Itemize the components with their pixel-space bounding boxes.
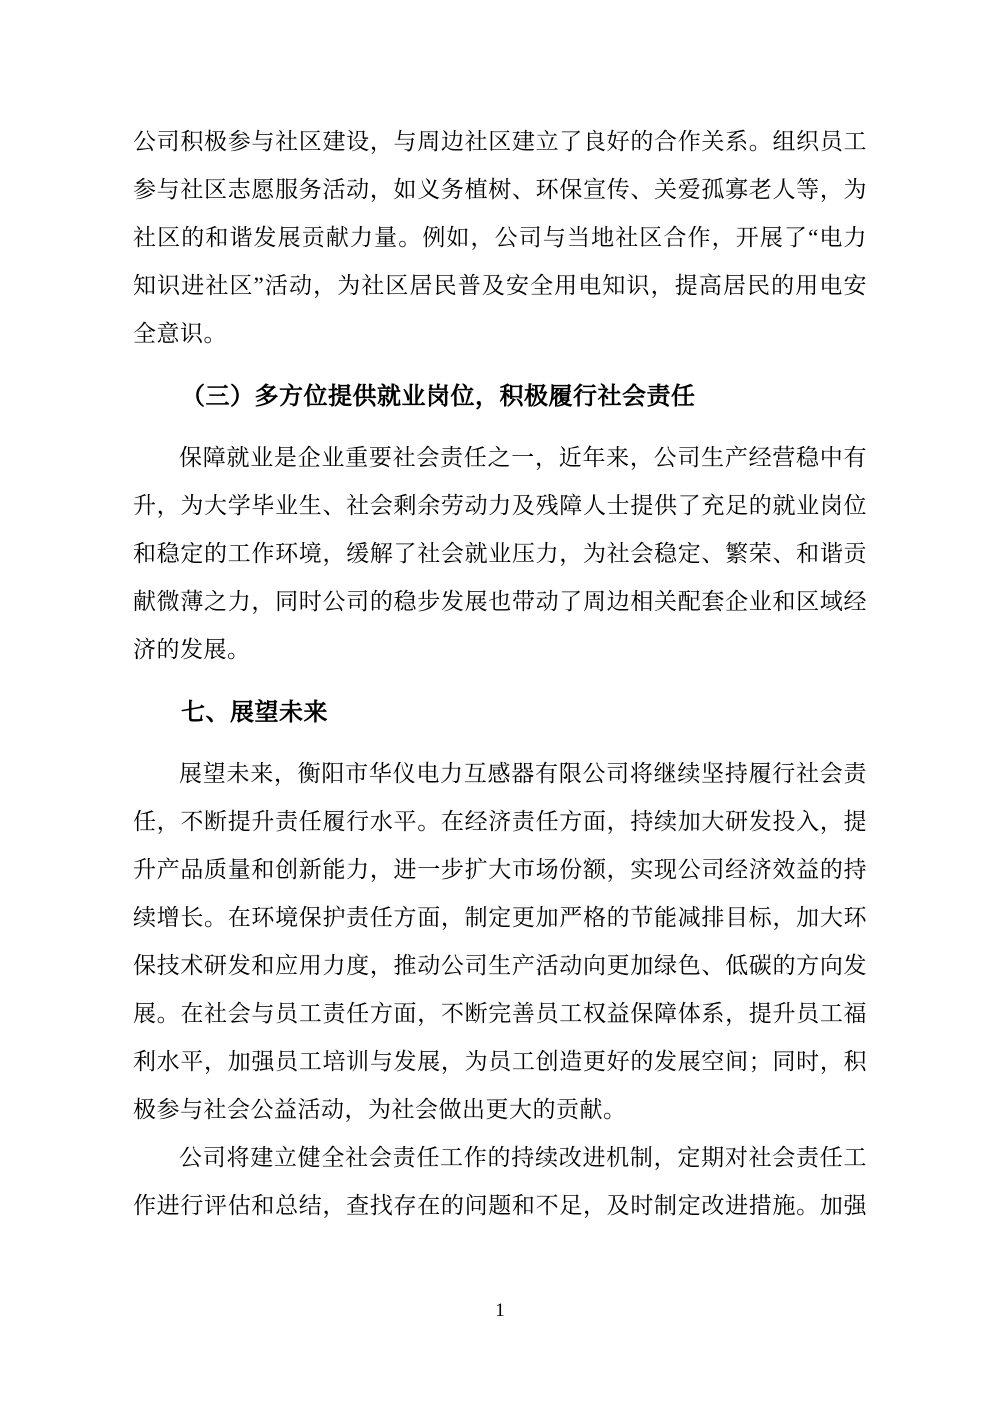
document-body: 公司积极参与社区建设，与周边社区建立了良好的合作关系。组织员工参与社区志愿服务活…: [133, 118, 867, 1230]
text-line: 任，不断提升责任履行水平。在经济责任方面，持续加大研发投入，提: [133, 798, 867, 846]
text-line: 利水平，加强员工培训与发展，为员工创造更好的发展空间；同时，积: [133, 1038, 867, 1086]
text-line: 展。在社会与员工责任方面，不断完善员工权益保障体系，提升员工福: [133, 990, 867, 1038]
text-line: 极参与社会公益活动，为社会做出更大的贡献。: [133, 1086, 867, 1134]
text-line: 济的发展。: [133, 626, 867, 674]
section-heading: （三）多方位提供就业岗位，积极履行社会责任: [133, 373, 867, 421]
text-line: 参与社区志愿服务活动，如义务植树、环保宣传、关爱孤寡老人等，为: [133, 166, 867, 214]
text-line: 公司将建立健全社会责任工作的持续改进机制，定期对社会责任工: [133, 1134, 867, 1182]
text-line: 献微薄之力，同时公司的稳步发展也带动了周边相关配套企业和区域经: [133, 578, 867, 626]
text-line: 社区的和谐发展贡献力量。例如，公司与当地社区合作，开展了“电力: [133, 214, 867, 262]
text-line: 公司积极参与社区建设，与周边社区建立了良好的合作关系。组织员工: [133, 118, 867, 166]
text-line: 续增长。在环境保护责任方面，制定更加严格的节能减排目标，加大环: [133, 894, 867, 942]
text-line: 和稳定的工作环境，缓解了社会就业压力，为社会稳定、繁荣、和谐贡: [133, 530, 867, 578]
text-line: 升，为大学毕业生、社会剩余劳动力及残障人士提供了充足的就业岗位: [133, 482, 867, 530]
document-page: 公司积极参与社区建设，与周边社区建立了良好的合作关系。组织员工参与社区志愿服务活…: [0, 0, 1000, 1415]
page-number: 1: [0, 1300, 1000, 1322]
text-line: 保技术研发和应用力度，推动公司生产活动向更加绿色、低碳的方向发: [133, 942, 867, 990]
text-line: 升产品质量和创新能力，进一步扩大市场份额，实现公司经济效益的持: [133, 846, 867, 894]
text-line: 全意识。: [133, 310, 867, 358]
text-line: 展望未来，衡阳市华仪电力互感器有限公司将继续坚持履行社会责: [133, 750, 867, 798]
text-line: 作进行评估和总结，查找存在的问题和不足，及时制定改进措施。加强: [133, 1182, 867, 1230]
text-line: 知识进社区”活动，为社区居民普及安全用电知识，提高居民的用电安: [133, 262, 867, 310]
section-heading: 七、展望未来: [133, 689, 867, 737]
text-line: 保障就业是企业重要社会责任之一，近年来，公司生产经营稳中有: [133, 434, 867, 482]
